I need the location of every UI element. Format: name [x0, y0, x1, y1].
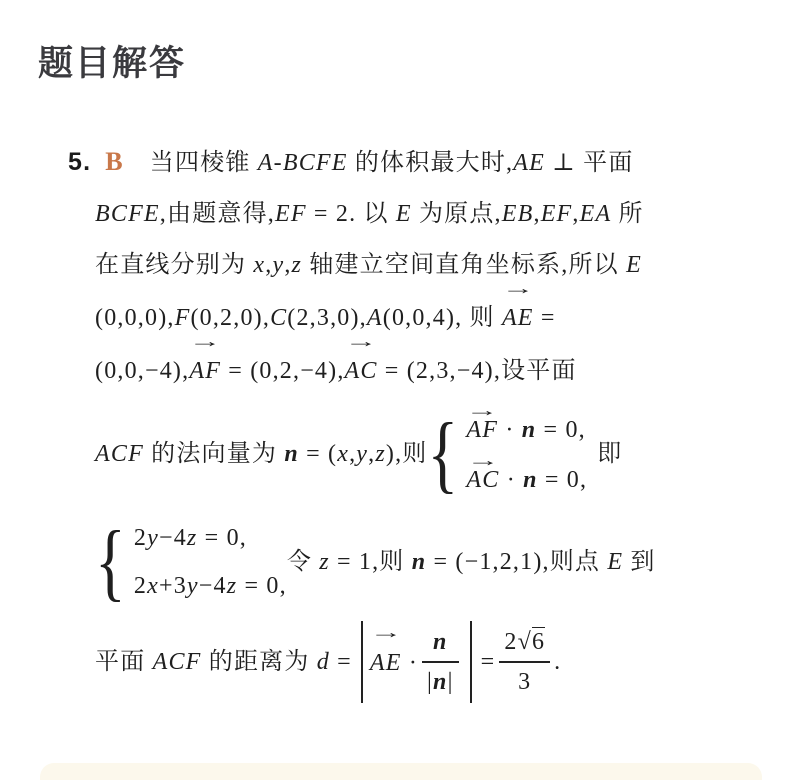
equation-row-1: →AF · n = 0,	[466, 404, 587, 454]
text-segment: EF	[275, 201, 307, 227]
text-segment: =	[330, 649, 352, 675]
text-segment: 当四棱锥	[150, 150, 258, 176]
text-segment: n	[522, 417, 537, 443]
vector-AE: →AE	[502, 293, 534, 344]
text-segment: −4	[199, 573, 227, 599]
line-8-text: 平面 ACF 的距离为 d =	[95, 637, 352, 688]
equation-row-2: →AC · n = 0,	[466, 454, 587, 504]
text-segment: EF	[541, 201, 573, 227]
vector-arrow-icon: →	[467, 452, 500, 469]
text-segment: ),则	[386, 441, 428, 467]
solution-line-3: 在直线分别为 x,y,z 轴建立空间直角坐标系,所以 E	[95, 240, 762, 291]
absolute-value-expression: →AE · n |n|	[354, 621, 479, 703]
text-segment: = 0,	[538, 467, 588, 493]
bottom-card	[40, 763, 762, 780]
text-segment: z	[292, 252, 303, 278]
text-segment: x	[147, 573, 159, 599]
final-period: .	[554, 637, 561, 688]
text-segment: (0,2,0),	[190, 305, 270, 331]
radicand: 6	[532, 627, 545, 655]
fraction-numerator: 2√6	[499, 625, 550, 661]
radical-coefficient: 2	[504, 629, 517, 655]
text-segment: z	[227, 573, 238, 599]
text-segment: = 1,则	[330, 549, 412, 575]
text-segment: n	[284, 441, 299, 467]
text-segment: ·	[500, 467, 524, 493]
left-brace: {	[428, 411, 460, 497]
text-segment: n	[433, 629, 448, 655]
sqrt-icon: √	[518, 629, 532, 655]
fraction-denominator: |n|	[422, 661, 459, 699]
text-segment: −4	[159, 525, 187, 551]
vector-AC: →AC	[466, 465, 499, 495]
text-segment: d	[317, 649, 330, 675]
vector-arrow-icon: →	[369, 624, 402, 641]
text-segment: .	[554, 649, 561, 675]
text-segment: y	[272, 252, 284, 278]
text-segment: = 0,	[536, 417, 586, 443]
text-segment: = (2,3,−4),设平面	[378, 358, 577, 384]
text-segment: BCFE	[95, 201, 160, 227]
text-segment: x	[253, 252, 265, 278]
vector-AE: →AE	[370, 638, 402, 689]
text-segment: y	[356, 441, 368, 467]
text-segment: 2	[134, 525, 147, 551]
question-number: 5.	[68, 148, 91, 176]
equals-sign: =	[481, 637, 496, 688]
text-segment: n	[523, 467, 538, 493]
text-segment: 2	[134, 573, 147, 599]
dot-product-expression: →AE ·	[370, 636, 418, 689]
text-segment: = 2. 以	[307, 201, 396, 227]
text-segment: 到	[623, 549, 655, 575]
text-segment: 的距离为	[202, 649, 317, 675]
line-1-text: 当四棱锥 A-BCFE 的体积最大时,AE ⊥ 平面	[150, 150, 634, 176]
text-segment: = (	[299, 441, 337, 467]
text-segment: |	[448, 669, 454, 695]
text-segment: (0,0,0),	[95, 305, 175, 331]
text-segment: 轴建立空间直角坐标系,所以	[302, 252, 626, 278]
text-segment: +3	[159, 573, 187, 599]
fraction-2root6-over-3: 2√6 3	[499, 625, 550, 699]
text-segment: F	[175, 305, 191, 331]
text-segment: E	[626, 252, 642, 278]
vector-arrow-icon: →	[345, 333, 378, 350]
solution-line-5: (0,0,−4),→AF = (0,2,−4),→AC = (2,3,−4),设…	[95, 344, 762, 397]
text-segment: EB	[502, 201, 534, 227]
fraction-numerator: n	[422, 625, 459, 661]
solution-line-6: ACF 的法向量为 n = (x,y,z),则 { →AF · n = 0, →…	[95, 397, 762, 511]
text-segment: 在直线分别为	[95, 252, 253, 278]
text-segment: E	[396, 201, 412, 227]
text-segment: 的体积最大时,	[348, 150, 514, 176]
text-segment: A	[367, 305, 383, 331]
vector-AF: →AF	[189, 346, 221, 397]
text-segment: ,	[572, 201, 579, 227]
text-segment: A-BCFE	[258, 150, 348, 176]
text-segment: n	[412, 549, 427, 575]
solution-line-7: { 2y−4z = 0, 2x+3y−4z = 0, 令 z = 1,则 n =…	[95, 511, 762, 613]
equation-row-1: 2y−4z = 0,	[134, 514, 287, 562]
text-segment: ·	[498, 417, 522, 443]
text-segment: AE	[513, 150, 545, 176]
equation-rows: 2y−4z = 0, 2x+3y−4z = 0,	[134, 514, 287, 610]
text-segment: 的法向量为	[144, 441, 284, 467]
solution-block: 5.B当四棱锥 A-BCFE 的体积最大时,AE ⊥ 平面 BCFE,由题意得,…	[95, 136, 762, 711]
fraction-n-over-norm-n: n |n|	[422, 625, 459, 699]
text-segment: ACF	[95, 441, 144, 467]
equation-system-scalar: { 2y−4z = 0, 2x+3y−4z = 0,	[95, 514, 287, 610]
text-segment: = 0,	[197, 525, 247, 551]
text-segment: ·	[402, 650, 418, 676]
text-segment: y	[187, 573, 199, 599]
vector-arrow-icon: →	[466, 402, 499, 419]
text-segment: x	[337, 441, 349, 467]
fraction-denominator: 3	[499, 661, 550, 699]
text-segment: n	[433, 669, 448, 695]
text-segment: ⊥ 平面	[545, 150, 634, 176]
text-segment: ,	[533, 201, 540, 227]
line-6-text: ACF 的法向量为 n = (x,y,z),则	[95, 429, 428, 480]
text-segment: y	[147, 525, 159, 551]
text-segment: (2,3,0),	[287, 305, 367, 331]
answer-letter: B	[105, 147, 124, 176]
solution-line-8: 平面 ACF 的距离为 d = →AE · n |n| = 2√6 3 .	[95, 613, 762, 711]
text-segment: z	[319, 549, 330, 575]
text-segment: E	[607, 549, 623, 575]
solution-page: 题目解答 5.B当四棱锥 A-BCFE 的体积最大时,AE ⊥ 平面 BCFE,…	[0, 0, 800, 780]
text-segment: C	[270, 305, 287, 331]
line-7-text: 令 z = 1,则 n = (−1,2,1),则点 E 到	[287, 537, 656, 588]
text-segment: =	[534, 305, 556, 331]
vector-arrow-icon: →	[501, 280, 534, 297]
text-segment: = 0,	[237, 573, 287, 599]
text-segment: z	[187, 525, 198, 551]
text-segment: 平面	[95, 649, 153, 675]
right-vertical-bar	[470, 621, 472, 703]
text-segment: = (0,2,−4),	[221, 358, 344, 384]
vector-arrow-icon: →	[189, 333, 222, 350]
text-segment: 所	[611, 201, 643, 227]
page-title: 题目解答	[38, 36, 800, 86]
text-segment: 令	[287, 549, 319, 575]
equation-row-2: 2x+3y−4z = 0,	[134, 562, 287, 610]
solution-line-2: BCFE,由题意得,EF = 2. 以 E 为原点,EB,EF,EA 所	[95, 189, 762, 240]
square-root: √6	[518, 627, 546, 655]
text-segment: ,	[284, 252, 291, 278]
equation-system-vectors: { →AF · n = 0, →AC · n = 0,	[428, 404, 588, 504]
text-segment: 为原点,	[412, 201, 502, 227]
text-segment: (0,0,4), 则	[383, 305, 502, 331]
equation-rows: →AF · n = 0, →AC · n = 0,	[466, 404, 587, 504]
solution-line-1: 5.B当四棱锥 A-BCFE 的体积最大时,AE ⊥ 平面	[68, 136, 762, 189]
line-6-suffix: 即	[597, 429, 622, 480]
vector-AF: →AF	[466, 415, 498, 445]
text-segment: z	[375, 441, 386, 467]
text-segment: EA	[580, 201, 612, 227]
text-segment: ACF	[153, 649, 202, 675]
left-brace: {	[95, 519, 127, 605]
text-segment: =	[481, 649, 496, 675]
text-segment: (0,0,−4),	[95, 358, 189, 384]
text-segment: = (−1,2,1),则点	[426, 549, 607, 575]
text-segment: 即	[597, 441, 622, 467]
vector-AC: →AC	[345, 346, 378, 397]
left-vertical-bar	[361, 621, 363, 703]
text-segment: ,由题意得,	[160, 201, 275, 227]
